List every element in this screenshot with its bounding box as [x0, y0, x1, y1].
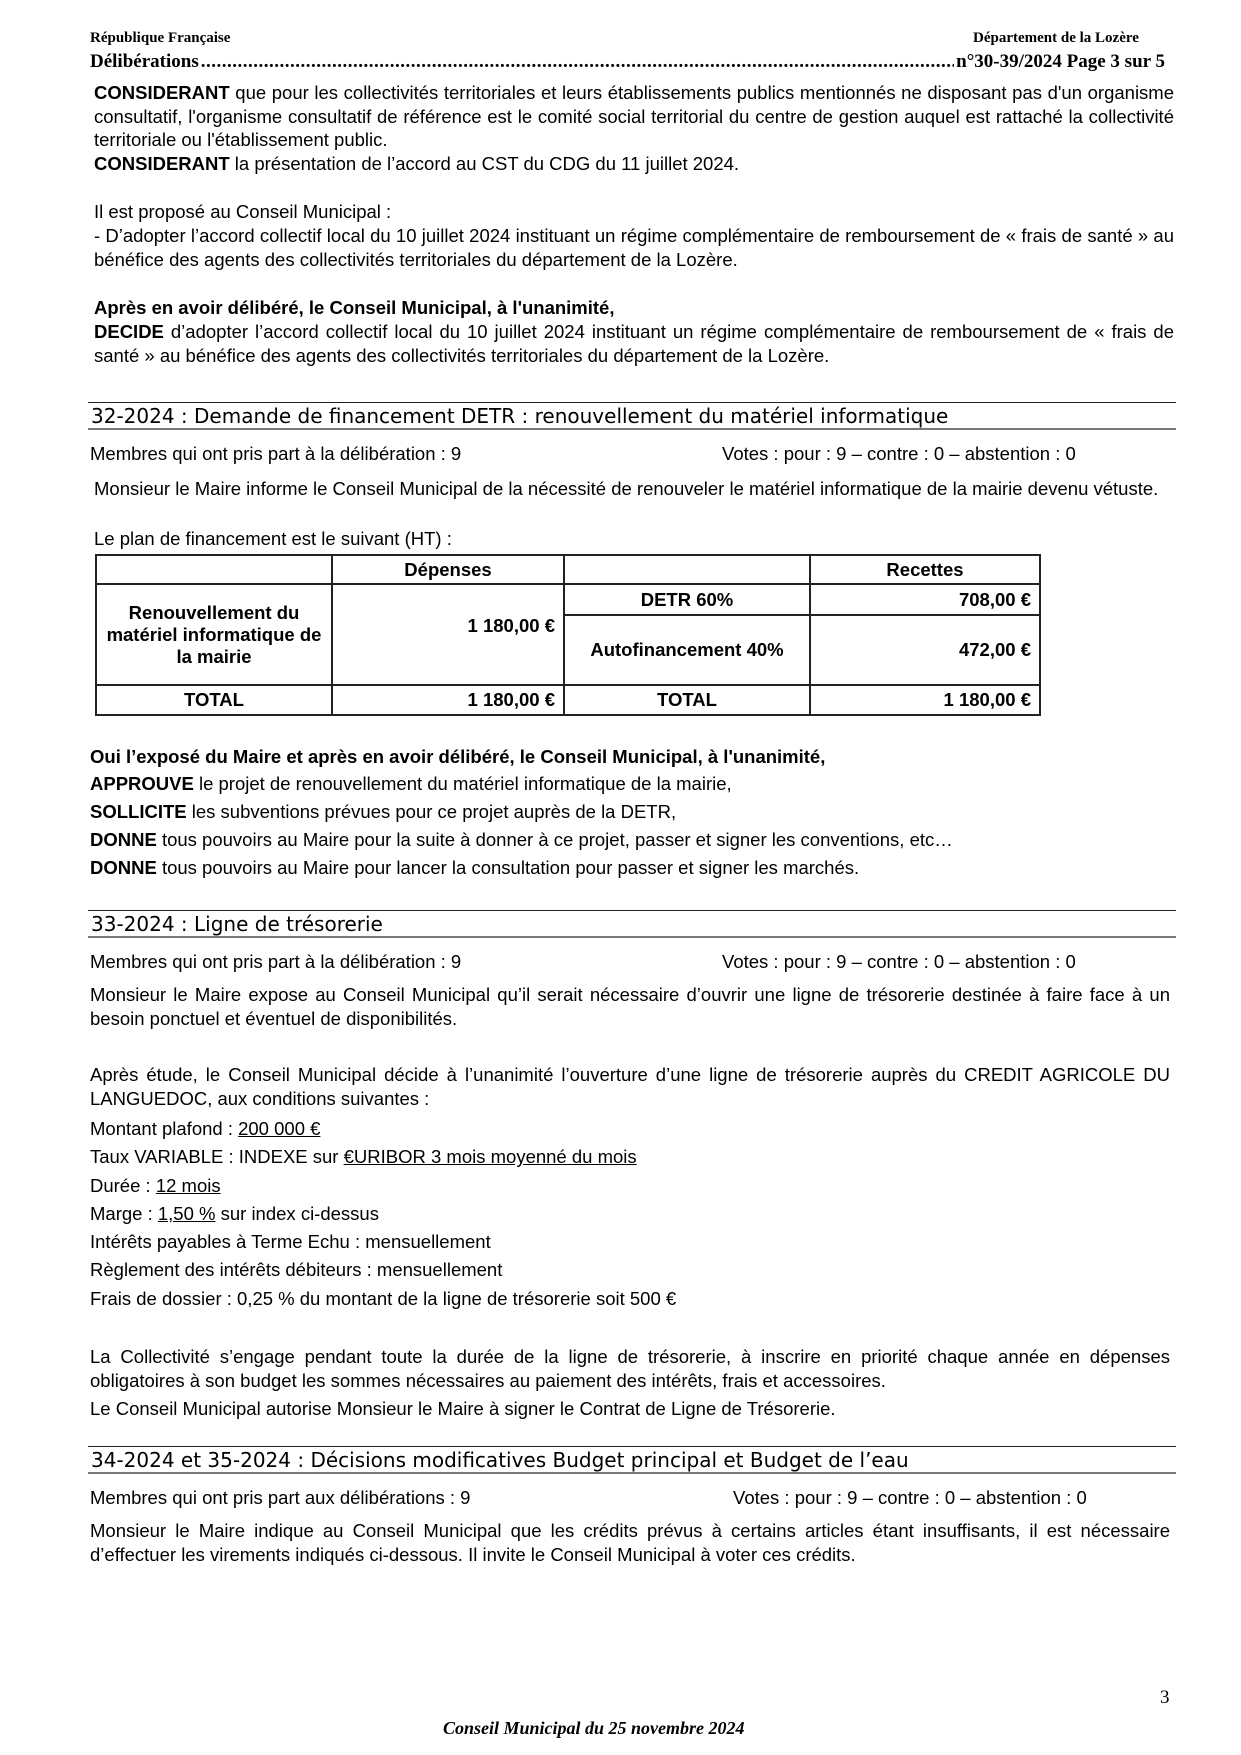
section-title: 34-2024 et 35-2024 : Décisions modificat…	[88, 1447, 1176, 1473]
condition-item: Taux VARIABLE : INDEXE sur €URIBOR 3 moi…	[90, 1143, 676, 1171]
considerant-2-text: la présentation de l’accord au CST du CD…	[230, 153, 739, 174]
section-title: 32-2024 : Demande de financement DETR : …	[88, 403, 1176, 429]
financing-plan-table: Dépenses Recettes Renouvellement du maté…	[95, 554, 1041, 716]
total-depenses: 1 180,00 €	[332, 685, 564, 715]
section-title: 33-2024 : Ligne de trésorerie	[88, 911, 1176, 937]
considerant-2: CONSIDERANT la présentation de l’accord …	[94, 152, 1174, 176]
deliberation-statement: Après en avoir délibéré, le Conseil Muni…	[94, 296, 1174, 320]
total-label: TOTAL	[96, 685, 332, 715]
decision-text: tous pouvoirs au Maire pour la suite à d…	[157, 829, 953, 850]
header-deliberations-line: Délibérations ..........................…	[90, 51, 1165, 73]
condition-label: Taux VARIABLE : INDEXE sur	[90, 1146, 344, 1167]
total-label: TOTAL	[564, 685, 810, 715]
decision-item: DONNE tous pouvoirs au Maire pour lancer…	[90, 856, 1170, 880]
financing-plan-caption: Le plan de financement est le suivant (H…	[94, 527, 1174, 551]
condition-value: 200 000 €	[238, 1118, 320, 1139]
table-header-depenses: Dépenses	[332, 555, 564, 584]
decision-text: les subventions prévues pour ce projet a…	[187, 801, 676, 822]
section-33-decision: Après étude, le Conseil Municipal décide…	[90, 1063, 1170, 1110]
condition-item: Marge : 1,50 % sur index ci-dessus	[90, 1200, 676, 1228]
table-total-row: TOTAL 1 180,00 € TOTAL 1 180,00 €	[96, 685, 1040, 715]
recette-amount: 708,00 €	[810, 584, 1040, 615]
header-dots: ........................................…	[201, 51, 954, 73]
decision-verb: APPROUVE	[90, 773, 194, 794]
votes-result: Votes : pour : 9 – contre : 0 – abstenti…	[722, 443, 1076, 465]
members-count: Membres qui ont pris part à la délibérat…	[90, 443, 461, 464]
section-33-intro: Monsieur le Maire expose au Conseil Muni…	[90, 983, 1170, 1030]
page-number: 3	[1160, 1687, 1170, 1709]
propose-item: - D’adopter l’accord collectif local du …	[94, 224, 1174, 271]
condition-item: Montant plafond : 200 000 €	[90, 1115, 676, 1143]
item-label: Renouvellement du matériel informatique …	[96, 584, 332, 685]
table-header-recettes: Recettes	[810, 555, 1040, 584]
condition-label: Marge :	[90, 1203, 158, 1224]
considerant-1: CONSIDERANT que pour les collectivités t…	[94, 81, 1174, 152]
decision-item: DONNE tous pouvoirs au Maire pour la sui…	[90, 828, 1170, 852]
decision-verb: DONNE	[90, 829, 157, 850]
condition-item: Règlement des intérêts débiteurs : mensu…	[90, 1256, 676, 1284]
table-header-row: Dépenses Recettes	[96, 555, 1040, 584]
section-heading-32: 32-2024 : Demande de financement DETR : …	[88, 402, 1176, 430]
condition-value: 12 mois	[156, 1175, 221, 1196]
section-34-intro: Monsieur le Maire indique au Conseil Mun…	[90, 1519, 1170, 1566]
section-33-commitment: La Collectivité s’engage pendant toute l…	[90, 1345, 1170, 1392]
footer-title: Conseil Municipal du 25 novembre 2024	[443, 1718, 745, 1739]
section-32-meta: Membres qui ont pris part à la délibérat…	[90, 443, 1175, 465]
decision-verb: DONNE	[90, 857, 157, 878]
table-header-cell	[564, 555, 810, 584]
section-32-intro: Monsieur le Maire informe le Conseil Mun…	[94, 477, 1174, 501]
members-count: Membres qui ont pris part à la délibérat…	[90, 951, 461, 972]
members-count: Membres qui ont pris part aux délibérati…	[90, 1487, 470, 1508]
condition-item: Intérêts payables à Terme Echu : mensuel…	[90, 1228, 676, 1256]
recette-label: DETR 60%	[564, 584, 810, 615]
recette-amount: 472,00 €	[810, 615, 1040, 685]
table-row: Renouvellement du matériel informatique …	[96, 584, 1040, 615]
header-deliberations: Délibérations	[90, 51, 199, 73]
condition-label: Montant plafond :	[90, 1118, 238, 1139]
considerant-label: CONSIDERANT	[94, 82, 230, 103]
table-header-cell	[96, 555, 332, 584]
section-33-authorization: Le Conseil Municipal autorise Monsieur l…	[90, 1397, 1170, 1421]
propose-title: Il est proposé au Conseil Municipal :	[94, 200, 1174, 224]
conditions-list: Montant plafond : 200 000 € Taux VARIABL…	[90, 1115, 676, 1313]
decision-item: APPROUVE le projet de renouvellement du …	[90, 772, 1170, 796]
condition-suffix: sur index ci-dessus	[215, 1203, 378, 1224]
condition-label: Frais de dossier : 0,25 % du montant de …	[90, 1288, 676, 1309]
condition-label: Durée :	[90, 1175, 156, 1196]
section-heading-34-35: 34-2024 et 35-2024 : Décisions modificat…	[88, 1446, 1176, 1474]
section-heading-33: 33-2024 : Ligne de trésorerie	[88, 910, 1176, 938]
decide-text: d’adopter l’accord collectif local du 10…	[94, 321, 1174, 366]
section-34-meta: Membres qui ont pris part aux délibérati…	[90, 1487, 1175, 1509]
decision-text: le projet de renouvellement du matériel …	[194, 773, 732, 794]
condition-value: 1,50 %	[158, 1203, 216, 1224]
decide-paragraph: DECIDE d’adopter l’accord collectif loca…	[94, 320, 1174, 367]
decide-label: DECIDE	[94, 321, 164, 342]
condition-item: Durée : 12 mois	[90, 1172, 676, 1200]
total-recettes: 1 180,00 €	[810, 685, 1040, 715]
header-reference: n°30-39/2024 Page 3 sur 5	[956, 51, 1165, 73]
item-amount: 1 180,00 €	[332, 584, 564, 685]
recette-label: Autofinancement 40%	[564, 615, 810, 685]
condition-label: Règlement des intérêts débiteurs : mensu…	[90, 1259, 502, 1280]
decision-verb: SOLLICITE	[90, 801, 187, 822]
header-republique: République Française	[90, 30, 230, 47]
condition-value: €URIBOR 3 mois moyenné du mois	[344, 1146, 637, 1167]
condition-label: Intérêts payables à Terme Echu : mensuel…	[90, 1231, 491, 1252]
decision-statement: Oui l’exposé du Maire et après en avoir …	[90, 745, 1170, 769]
considerant-1-text: que pour les collectivités territoriales…	[94, 82, 1174, 150]
section-33-meta: Membres qui ont pris part à la délibérat…	[90, 951, 1175, 973]
decision-item: SOLLICITE les subventions prévues pour c…	[90, 800, 1170, 824]
votes-result: Votes : pour : 9 – contre : 0 – abstenti…	[733, 1487, 1087, 1509]
decision-text: tous pouvoirs au Maire pour lancer la co…	[157, 857, 859, 878]
votes-result: Votes : pour : 9 – contre : 0 – abstenti…	[722, 951, 1076, 973]
considerant-label: CONSIDERANT	[94, 153, 230, 174]
header-departement: Département de la Lozère	[973, 30, 1139, 47]
condition-item: Frais de dossier : 0,25 % du montant de …	[90, 1285, 676, 1313]
